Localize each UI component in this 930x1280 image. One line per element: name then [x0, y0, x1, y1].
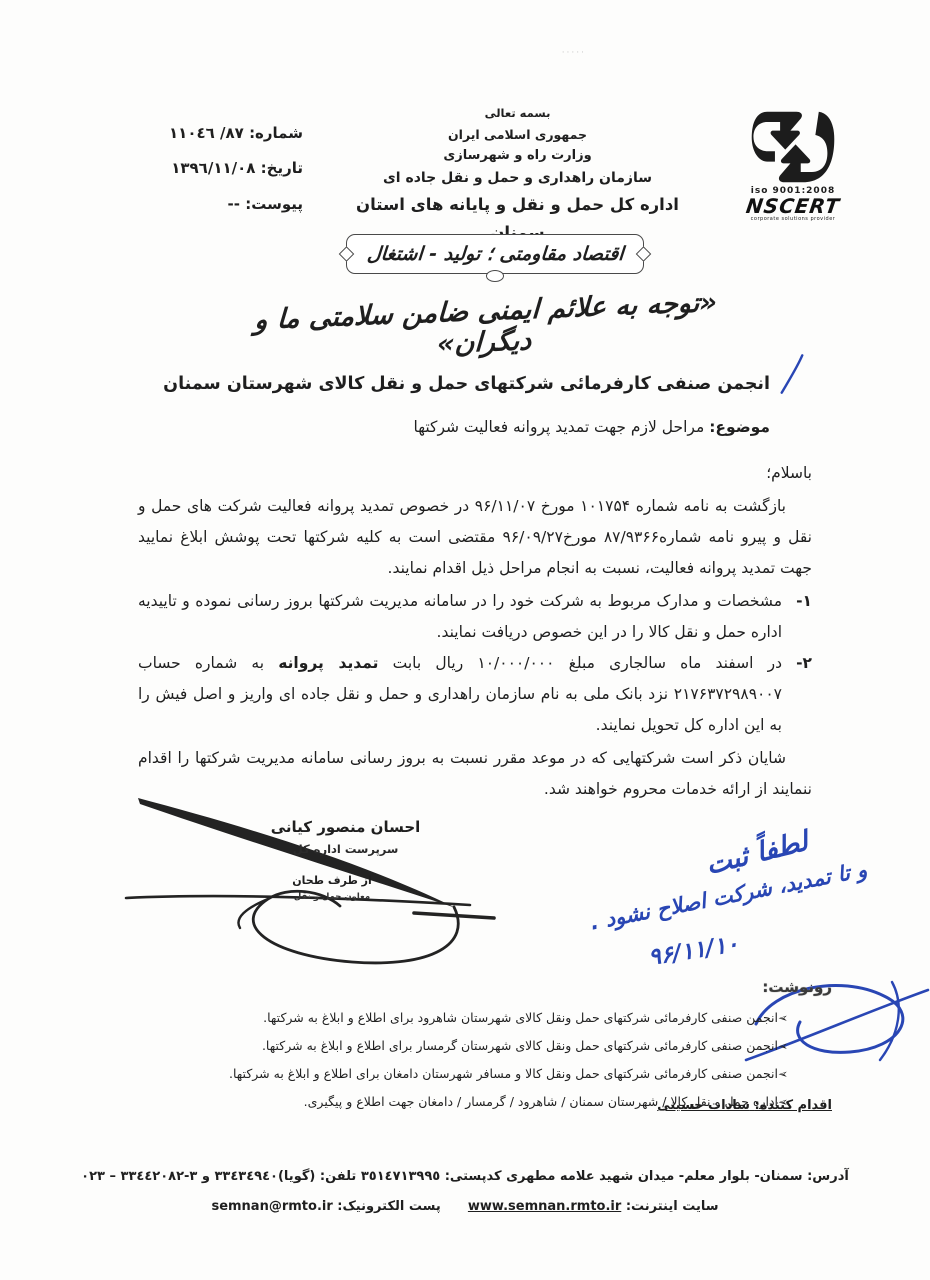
email-address: semnan@rmto.ir [211, 1192, 332, 1222]
list-item-2: ۲- در اسفند ماه سالجاری مبلغ ۱۰/۰۰۰/۰۰۰ … [138, 648, 812, 741]
cc-item-text: انجمن صنفی کارفرمائی شرکتهای حمل ونقل کا… [150, 1060, 778, 1087]
scanned-letter-page: ····· شماره: ٨٧/ ١١٠٤٦ تاریخ: ١٣٩٦/١١/٠٨… [0, 0, 930, 1280]
signer-title: سرپرست اداره کل [238, 842, 453, 856]
on-behalf-name: از طرف طحان [252, 874, 412, 887]
arrow-bullet-icon: ➢ [778, 1060, 812, 1088]
rmto-nscert-logo: iso 9001:2008 NSCERT corporate solutions… [727, 110, 859, 222]
arrow-bullet-icon: ➢ [778, 1032, 812, 1060]
scan-noise: ····· [540, 48, 586, 62]
item-2-bold-phrase: تمدید پروانه [278, 654, 378, 672]
organization-line: سازمان راهداری و حمل و نقل جاده ای [330, 167, 705, 191]
letter-attachment-label: پیوست: [245, 195, 303, 213]
cc-row: ➢ انجمن صنفی کارفرمائی شرکتهای حمل ونقل … [150, 1032, 812, 1060]
cartouche-ornament-left [339, 246, 355, 262]
item-1-number: ۱- [782, 586, 812, 648]
letterhead-center: بسمه تعالی جمهوری اسلامی ایران وزارت راه… [330, 104, 705, 247]
ministry-line: وزارت راه و شهرسازی [330, 145, 705, 167]
subject-text: مراحل لازم جهت تمدید پروانه فعالیت شرکته… [414, 418, 705, 436]
handler-line: اقدام کننده: سادات حسینی [657, 1098, 832, 1113]
item-2-text: در اسفند ماه سالجاری مبلغ ۱۰/۰۰۰/۰۰۰ ریا… [138, 648, 782, 741]
cc-row: ➢ انجمن صنفی کارفرمائی شرکتهای حمل ونقل … [150, 1060, 812, 1088]
letter-attachment-value: -- [228, 195, 240, 213]
cc-item-text: انجمن صنفی کارفرمائی شرکتهای حمل ونقل کا… [150, 1004, 778, 1031]
handler-label: اقدام کننده: [754, 1098, 832, 1113]
cc-row: ➢ انجمن صنفی کارفرمائی شرکتهای حمل ونقل … [150, 1004, 812, 1032]
letter-number-label: شماره: [249, 124, 303, 142]
signer-name: احسان منصور کیانی [238, 818, 453, 836]
letter-number: شماره: ٨٧/ ١١٠٤٦ [128, 116, 303, 151]
site-url: www.semnan.rmto.ir [468, 1192, 621, 1222]
besmele-line: بسمه تعالی [330, 104, 705, 124]
arrow-bullet-icon: ➢ [778, 1004, 812, 1032]
footer: آدرس: سمنان- بلوار معلم- میدان شهید علام… [60, 1162, 870, 1222]
letter-body: باسلام؛ بازگشت به نامه شماره ۱۰۱۷۵۴ مورخ… [138, 458, 812, 805]
letter-date: تاریخ: ١٣٩٦/١١/٠٨ [128, 151, 303, 186]
rmto-arrows-logo-icon [727, 110, 859, 184]
year-slogan-cartouche: اقتصاد مقاومتی ؛ تولید - اشتغال [346, 234, 644, 274]
cartouche-ornament-right [636, 246, 652, 262]
on-behalf-title: معاون حمل و نقل [252, 892, 412, 902]
handler-name: سادات حسینی [657, 1098, 750, 1113]
letter-number-value: ٨٧/ ١١٠٤٦ [169, 116, 244, 151]
list-item-1: ۱- مشخصات و مدارک مربوط به شرکت خود را د… [138, 586, 812, 648]
subject-line: موضوع: مراحل لازم جهت تمدید پروانه فعالی… [414, 418, 770, 436]
letter-attachment: پیوست: -- [128, 187, 303, 222]
letter-date-value: ١٣٩٦/١١/٠٨ [171, 159, 255, 177]
item-2-number: ۲- [782, 648, 812, 741]
email-label: پست الکترونیک: [337, 1199, 440, 1214]
safety-motto-calligraphy: «توجه به علائم ایمنی ضامن سلامتی ما و دی… [234, 286, 737, 367]
subject-label: موضوع: [709, 418, 770, 436]
cartouche-ornament-bottom [486, 270, 504, 282]
country-line: جمهوری اسلامی ایران [330, 124, 705, 145]
cc-heading: رونوشت: [762, 978, 832, 996]
nscert-brand-label: NSCERT [726, 196, 861, 216]
recipient-line: انجمن صنفی کارفرمائی شرکتهای حمل و نقل ک… [163, 374, 770, 394]
pen-check-icon [778, 352, 806, 400]
letter-date-label: تاریخ: [261, 159, 303, 177]
footer-address-line: آدرس: سمنان- بلوار معلم- میدان شهید علام… [60, 1162, 870, 1192]
item-1-text: مشخصات و مدارک مربوط به شرکت خود را در س… [138, 586, 782, 648]
salutation: باسلام؛ [138, 458, 812, 489]
cc-item-text: انجمن صنفی کارفرمائی شرکتهای حمل ونقل کا… [150, 1032, 778, 1059]
item-2-pre: در اسفند ماه سالجاری مبلغ ۱۰/۰۰۰/۰۰۰ ریا… [378, 654, 782, 672]
body-paragraph: بازگشت به نامه شماره ۱۰۱۷۵۴ مورخ ۹۶/۱۱/۰… [138, 491, 812, 584]
letter-meta: شماره: ٨٧/ ١١٠٤٦ تاریخ: ١٣٩٦/١١/٠٨ پیوست… [128, 116, 303, 222]
handwritten-date: ۹۶/۱۱/۱۰ [647, 931, 741, 971]
year-slogan-text: اقتصاد مقاومتی ؛ تولید - اشتغال [366, 243, 624, 265]
site-label: سایت اینترنت: [626, 1199, 719, 1214]
footer-links-line: سایت اینترنت: www.semnan.rmto.ir پست الک… [60, 1192, 870, 1222]
